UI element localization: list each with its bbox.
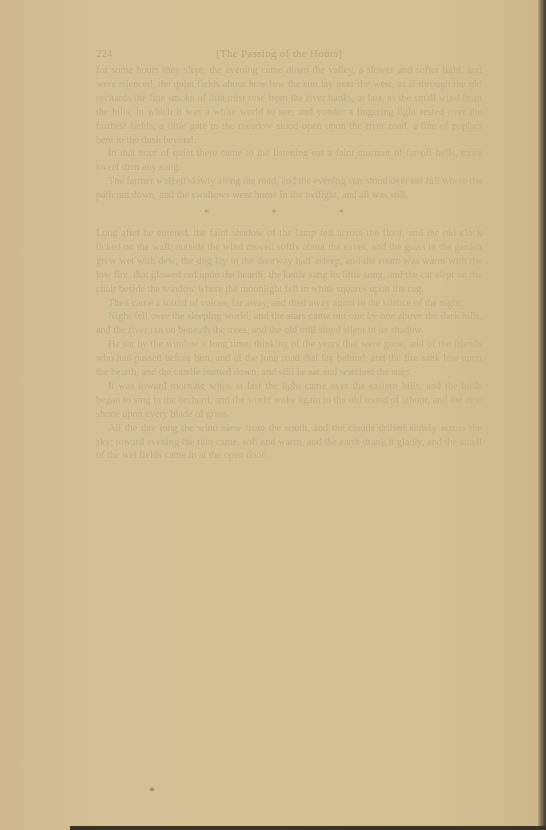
paragraph: Long after he entered, the faint shadow …	[96, 227, 482, 297]
book-spine-shadow	[538, 0, 546, 830]
paragraph: Then came a sound of voices, far away, a…	[96, 297, 482, 311]
paragraph: for some hours they slept; the evening c…	[96, 64, 482, 147]
paragraph: The farmer walked slowly along the road,…	[96, 175, 482, 203]
page-header: 224 [The Passing of the Hours]	[96, 48, 476, 62]
paragraph: Night fell over the sleeping world, and …	[96, 310, 482, 338]
ink-blot	[150, 788, 154, 791]
paragraph: In that hour of quiet there came to the …	[96, 147, 482, 175]
page-number: 224	[96, 48, 113, 60]
paragraph: All the day long the wind blew from the …	[96, 422, 482, 464]
running-title: [The Passing of the Hours]	[216, 48, 342, 60]
page-bottom-edge	[70, 826, 546, 830]
book-page: 224 [The Passing of the Hours] for some …	[0, 0, 546, 830]
body-text: for some hours they slept; the evening c…	[96, 64, 482, 463]
section-break: * * *	[96, 207, 482, 221]
paragraph: He sat by the window a long time, thinki…	[96, 338, 482, 380]
paragraph: It was toward morning when at last the l…	[96, 380, 482, 422]
